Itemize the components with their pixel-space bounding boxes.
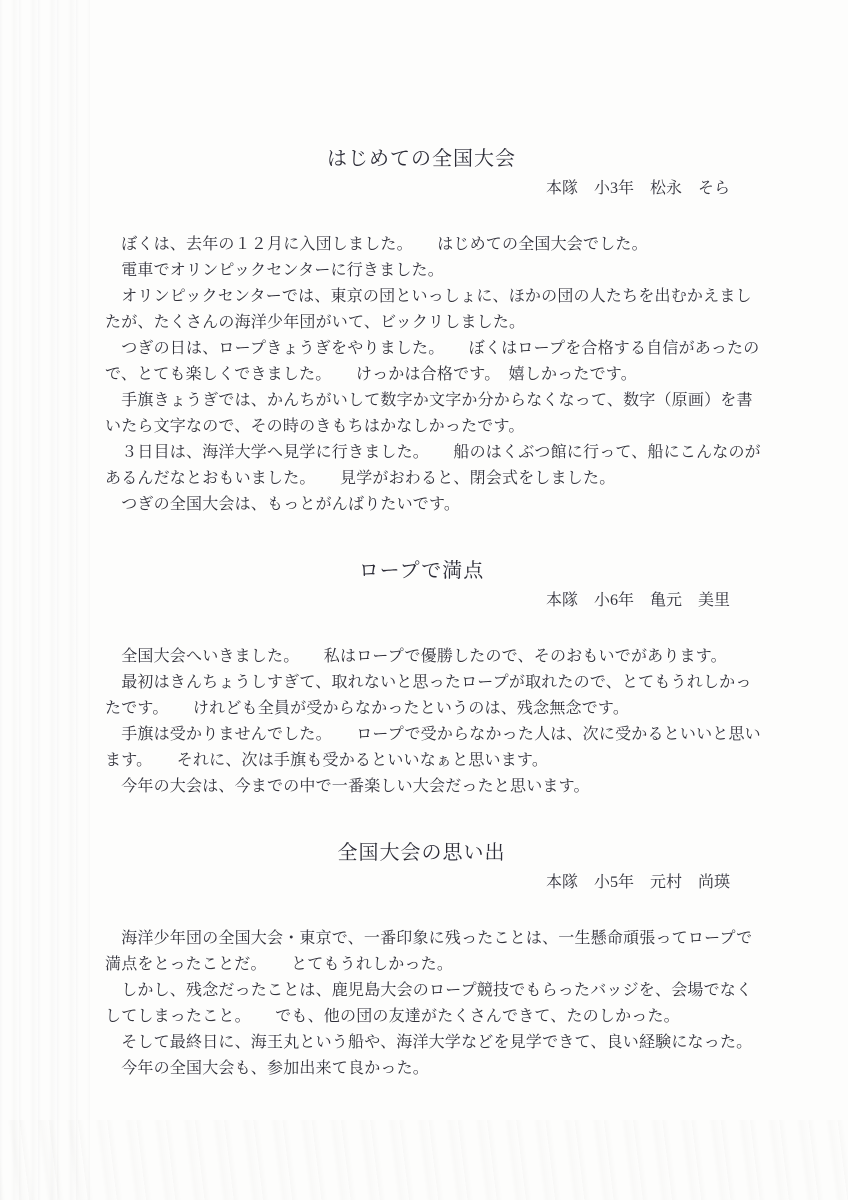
text-line: 全国大会へいきました。 私はロープで優勝したので、そのおもいでがあります。 — [105, 644, 738, 670]
text-line: そして最終日に、海王丸という船や、海洋大学などを見学できて、良い経験になった。 — [105, 1030, 738, 1056]
text-line: たです。 けれども全員が受からなかったというのは、残念無念です。 — [105, 696, 738, 722]
text-line: ぼくは、去年の１２月に入団しました。 はじめての全国大会でした。 — [105, 232, 738, 258]
essay-section-1: はじめての全国大会 本隊 小3年 松永 そら ぼくは、去年の１２月に入団しました… — [105, 146, 738, 518]
text-line: してしまったこと。 でも、他の団の友達がたくさんできて、たのしかった。 — [105, 1004, 738, 1030]
text-line: 今年の全国大会も、参加出来て良かった。 — [105, 1056, 738, 1082]
text-line: 今年の大会は、今までの中で一番楽しい大会だったと思います。 — [105, 774, 738, 800]
text-line: 満点をとったことだ。 とてもうれしかった。 — [105, 952, 738, 978]
scanned-document-page: はじめての全国大会 本隊 小3年 松永 そら ぼくは、去年の１２月に入団しました… — [0, 0, 848, 1200]
text-line: で、とても楽しくできました。 けっかは合格です。 嬉しかったです。 — [105, 362, 738, 388]
essay-body: ぼくは、去年の１２月に入団しました。 はじめての全国大会でした。 電車でオリンピ… — [105, 232, 738, 518]
essay-author: 本隊 小3年 松永 そら — [105, 176, 738, 202]
text-line: 手旗は受かりませんでした。 ロープで受からなかった人は、次に受かるといいと思い — [105, 722, 738, 748]
text-line: たが、たくさんの海洋少年団がいて、ビックリしました。 — [105, 310, 738, 336]
essay-section-2: ロープで満点 本隊 小6年 亀元 美里 全国大会へいきました。 私はロープで優勝… — [105, 558, 738, 800]
essay-title: ロープで満点 — [105, 558, 738, 584]
text-line: オリンピックセンターでは、東京の団といっしょに、ほかの団の人たちを出むかえまし — [105, 284, 738, 310]
text-line: 海洋少年団の全国大会・東京で、一番印象に残ったことは、一生懸命頑張ってロープで — [105, 926, 738, 952]
text-line: つぎの日は、ロープきょうぎをやりました。 ぼくはロープを合格する自信があったの — [105, 336, 738, 362]
text-line: 最初はきんちょうしすぎて、取れないと思ったロープが取れたので、とてもうれしかっ — [105, 670, 738, 696]
essay-body: 海洋少年団の全国大会・東京で、一番印象に残ったことは、一生懸命頑張ってロープで満… — [105, 926, 738, 1082]
text-line: あるんだなとおもいました。 見学がおわると、閉会式をしました。 — [105, 466, 738, 492]
essay-title: はじめての全国大会 — [105, 146, 738, 172]
text-line: いたら文字なので、その時のきもちはかなしかったです。 — [105, 414, 738, 440]
text-line: つぎの全国大会は、もっとがんばりたいです。 — [105, 492, 738, 518]
text-line: ３日目は、海洋大学へ見学に行きました。 船のはくぶつ館に行って、船にこんなのが — [105, 440, 738, 466]
text-line: 手旗きょうぎでは、かんちがいして数字か文字か分からなくなって、数字（原画）を書 — [105, 388, 738, 414]
essay-section-3: 全国大会の思い出 本隊 小5年 元村 尚瑛 海洋少年団の全国大会・東京で、一番印… — [105, 840, 738, 1082]
essay-author: 本隊 小6年 亀元 美里 — [105, 588, 738, 614]
text-line: しかし、残念だったことは、鹿児島大会のロープ競技でもらったバッジを、会場でなく — [105, 978, 738, 1004]
text-line: 電車でオリンピックセンターに行きました。 — [105, 258, 738, 284]
essay-author: 本隊 小5年 元村 尚瑛 — [105, 870, 738, 896]
text-line: ます。 それに、次は手旗も受かるといいなぁと思います。 — [105, 748, 738, 774]
essay-title: 全国大会の思い出 — [105, 840, 738, 866]
essay-body: 全国大会へいきました。 私はロープで優勝したので、そのおもいでがあります。 最初… — [105, 644, 738, 800]
